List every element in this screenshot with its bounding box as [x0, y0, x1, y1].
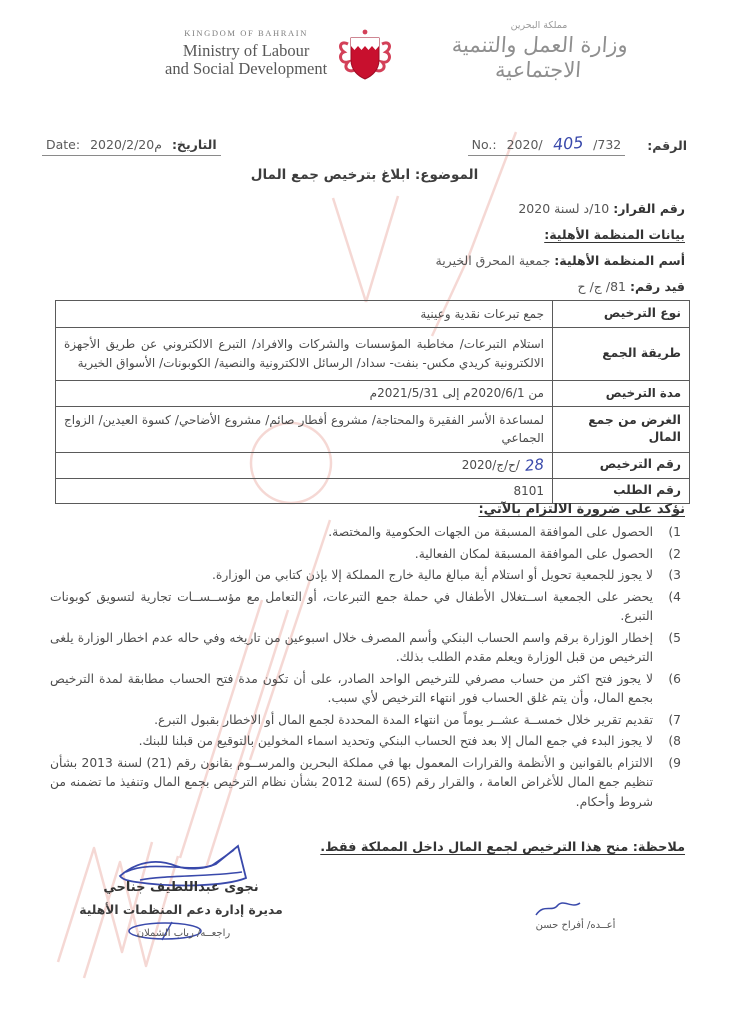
table-row: رقم الطلب 8101: [56, 479, 689, 504]
kingdom-of-bahrain-text: KINGDOM OF BAHRAIN: [165, 28, 327, 38]
director-name: نجوى عبداللطيف جناحي: [86, 880, 276, 895]
registration-number-line: قيد رقم: 81/ ج/ ح: [436, 274, 686, 300]
commitment-item: 5) إخطار الوزارة برقم واسم الحساب البنكي…: [50, 629, 685, 668]
ref-number-handwritten: 405: [552, 135, 584, 154]
table-row: طريقة الجمع استلام التبرعات/ مخاطبة المؤ…: [56, 328, 689, 381]
license-number-handwritten: 28: [524, 457, 544, 474]
date-value: م2020/2/20: [90, 137, 162, 152]
decision-number-label: رقم القرار:: [613, 201, 685, 216]
preparer-signature: [532, 899, 584, 921]
ministry-name-en-line1: Ministry of Labour: [165, 42, 327, 60]
collection-method-label: طريقة الجمع: [552, 328, 689, 380]
subject-line: الموضوع: ابلاغ بترخيص جمع المال: [0, 167, 729, 183]
ref-number-part1: 2020/: [507, 137, 543, 152]
bahrain-crest-icon: [336, 22, 394, 86]
commitment-item: 1) الحصول على الموافقة المسبقة من الجهات…: [50, 523, 685, 543]
registration-number-label: قيد رقم:: [630, 279, 685, 294]
table-row: الغرض من جمع المال لمساعدة الأسر الفقيرة…: [56, 407, 689, 453]
registration-number-value: 81/ ج/ ح: [578, 279, 626, 294]
document-scan: KINGDOM OF BAHRAIN Ministry of Labour an…: [0, 0, 729, 1024]
document-page: { "header": { "kingdom_en": "KINGDOM OF …: [0, 0, 729, 1024]
purpose-value: لمساعدة الأسر الفقيرة والمحتاجة/ مشروع أ…: [64, 411, 544, 448]
kingdom-of-bahrain-arabic: مملكة البحرين: [409, 20, 669, 31]
decision-number-value: 10/د لسنة 2020: [518, 201, 609, 216]
purpose-label: الغرض من جمع المال: [552, 407, 689, 452]
decision-number-line: رقم القرار: 10/د لسنة 2020: [436, 196, 686, 222]
ref-label-en: No.:: [472, 137, 497, 152]
license-duration-value: من 2020/6/1م إلى 2021/5/31م: [64, 384, 544, 403]
header-english: KINGDOM OF BAHRAIN Ministry of Labour an…: [165, 28, 327, 79]
org-name-line: أسم المنظمة الأهلية: جمعية المحرق الخيري…: [436, 248, 686, 274]
license-number-label: رقم الترخيص: [552, 453, 689, 478]
commitments-section: نؤكد على ضرورة الالتزام بالآتي: 1) الحصو…: [50, 502, 685, 814]
ref-number-group: No.: 2020/ 405 /732 الرقم:: [468, 136, 687, 156]
date-group: Date: م2020/2/20 التاريخ:: [42, 137, 221, 156]
note-line: ملاحظة: منح هذا الترخيص لجمع المال داخل …: [320, 840, 685, 855]
org-name-label: أسم المنظمة الأهلية:: [554, 253, 685, 268]
commitment-item: 8) لا يجوز البدء في جمع المال إلا بعد فت…: [50, 732, 685, 752]
reference-row: Date: م2020/2/20 التاريخ: No.: 2020/ 405…: [42, 136, 687, 156]
director-title: مديرة إدارة دعم المنظمات الأهلية: [76, 903, 286, 917]
meta-block: رقم القرار: 10/د لسنة 2020 بيانات المنظم…: [436, 196, 686, 300]
license-number-printed: 2020/ج/ح/: [462, 456, 520, 475]
table-row: مدة الترخيص من 2020/6/1م إلى 2021/5/31م: [56, 381, 689, 407]
license-type-value: جمع تبرعات نقدية وعينية: [64, 305, 544, 324]
ref-label-ar: الرقم:: [647, 138, 687, 156]
commitment-item: 6) لا يجوز فتح اكثر من حساب مصرفي للترخي…: [50, 670, 685, 709]
commitment-item: 4) يحضر على الجمعية اســتغلال الأطفال في…: [50, 588, 685, 627]
prepared-by: أعــده/ أفراح حسن: [498, 920, 653, 931]
header-arabic: مملكة البحرين وزارة العمل والتنمية الاجت…: [409, 20, 669, 83]
collection-method-value: استلام التبرعات/ مخاطبة المؤسسات والشركا…: [64, 335, 544, 372]
commitment-item: 2) الحصول على الموافقة المسبقة لمكان الف…: [50, 545, 685, 565]
table-row: رقم الترخيص 28 2020/ج/ح/: [56, 453, 689, 479]
commitment-item: 9) الالتزام بالقوانين و الأنظمة والقرارا…: [50, 754, 685, 813]
org-name-value: جمعية المحرق الخيرية: [436, 253, 551, 268]
date-label-ar: التاريخ:: [172, 137, 217, 152]
application-number-label: رقم الطلب: [552, 479, 689, 504]
ministry-name-en-line2: and Social Development: [165, 60, 327, 78]
commitment-item: 3) لا يجوز للجمعية تحويل أو استلام أية م…: [50, 566, 685, 586]
license-type-label: نوع الترخيص: [552, 301, 689, 327]
application-number-value: 8101: [64, 482, 544, 501]
ref-number-part2: /732: [593, 137, 621, 152]
commitments-heading: نؤكد على ضرورة الالتزام بالآتي:: [50, 502, 685, 517]
license-duration-label: مدة الترخيص: [552, 381, 689, 406]
table-row: نوع الترخيص جمع تبرعات نقدية وعينية: [56, 301, 689, 328]
commitment-item: 7) تقديم تقرير خلال خمســة عشــر يوماً م…: [50, 711, 685, 731]
reviewed-by: راجعــه/ رباب الشملان: [96, 928, 271, 939]
license-table: نوع الترخيص جمع تبرعات نقدية وعينية طريق…: [55, 300, 690, 504]
ministry-name-arabic: وزارة العمل والتنمية الاجتماعية: [407, 33, 671, 83]
org-data-heading: بيانات المنظمة الأهلية:: [436, 222, 686, 248]
date-label-en: Date:: [46, 137, 80, 152]
